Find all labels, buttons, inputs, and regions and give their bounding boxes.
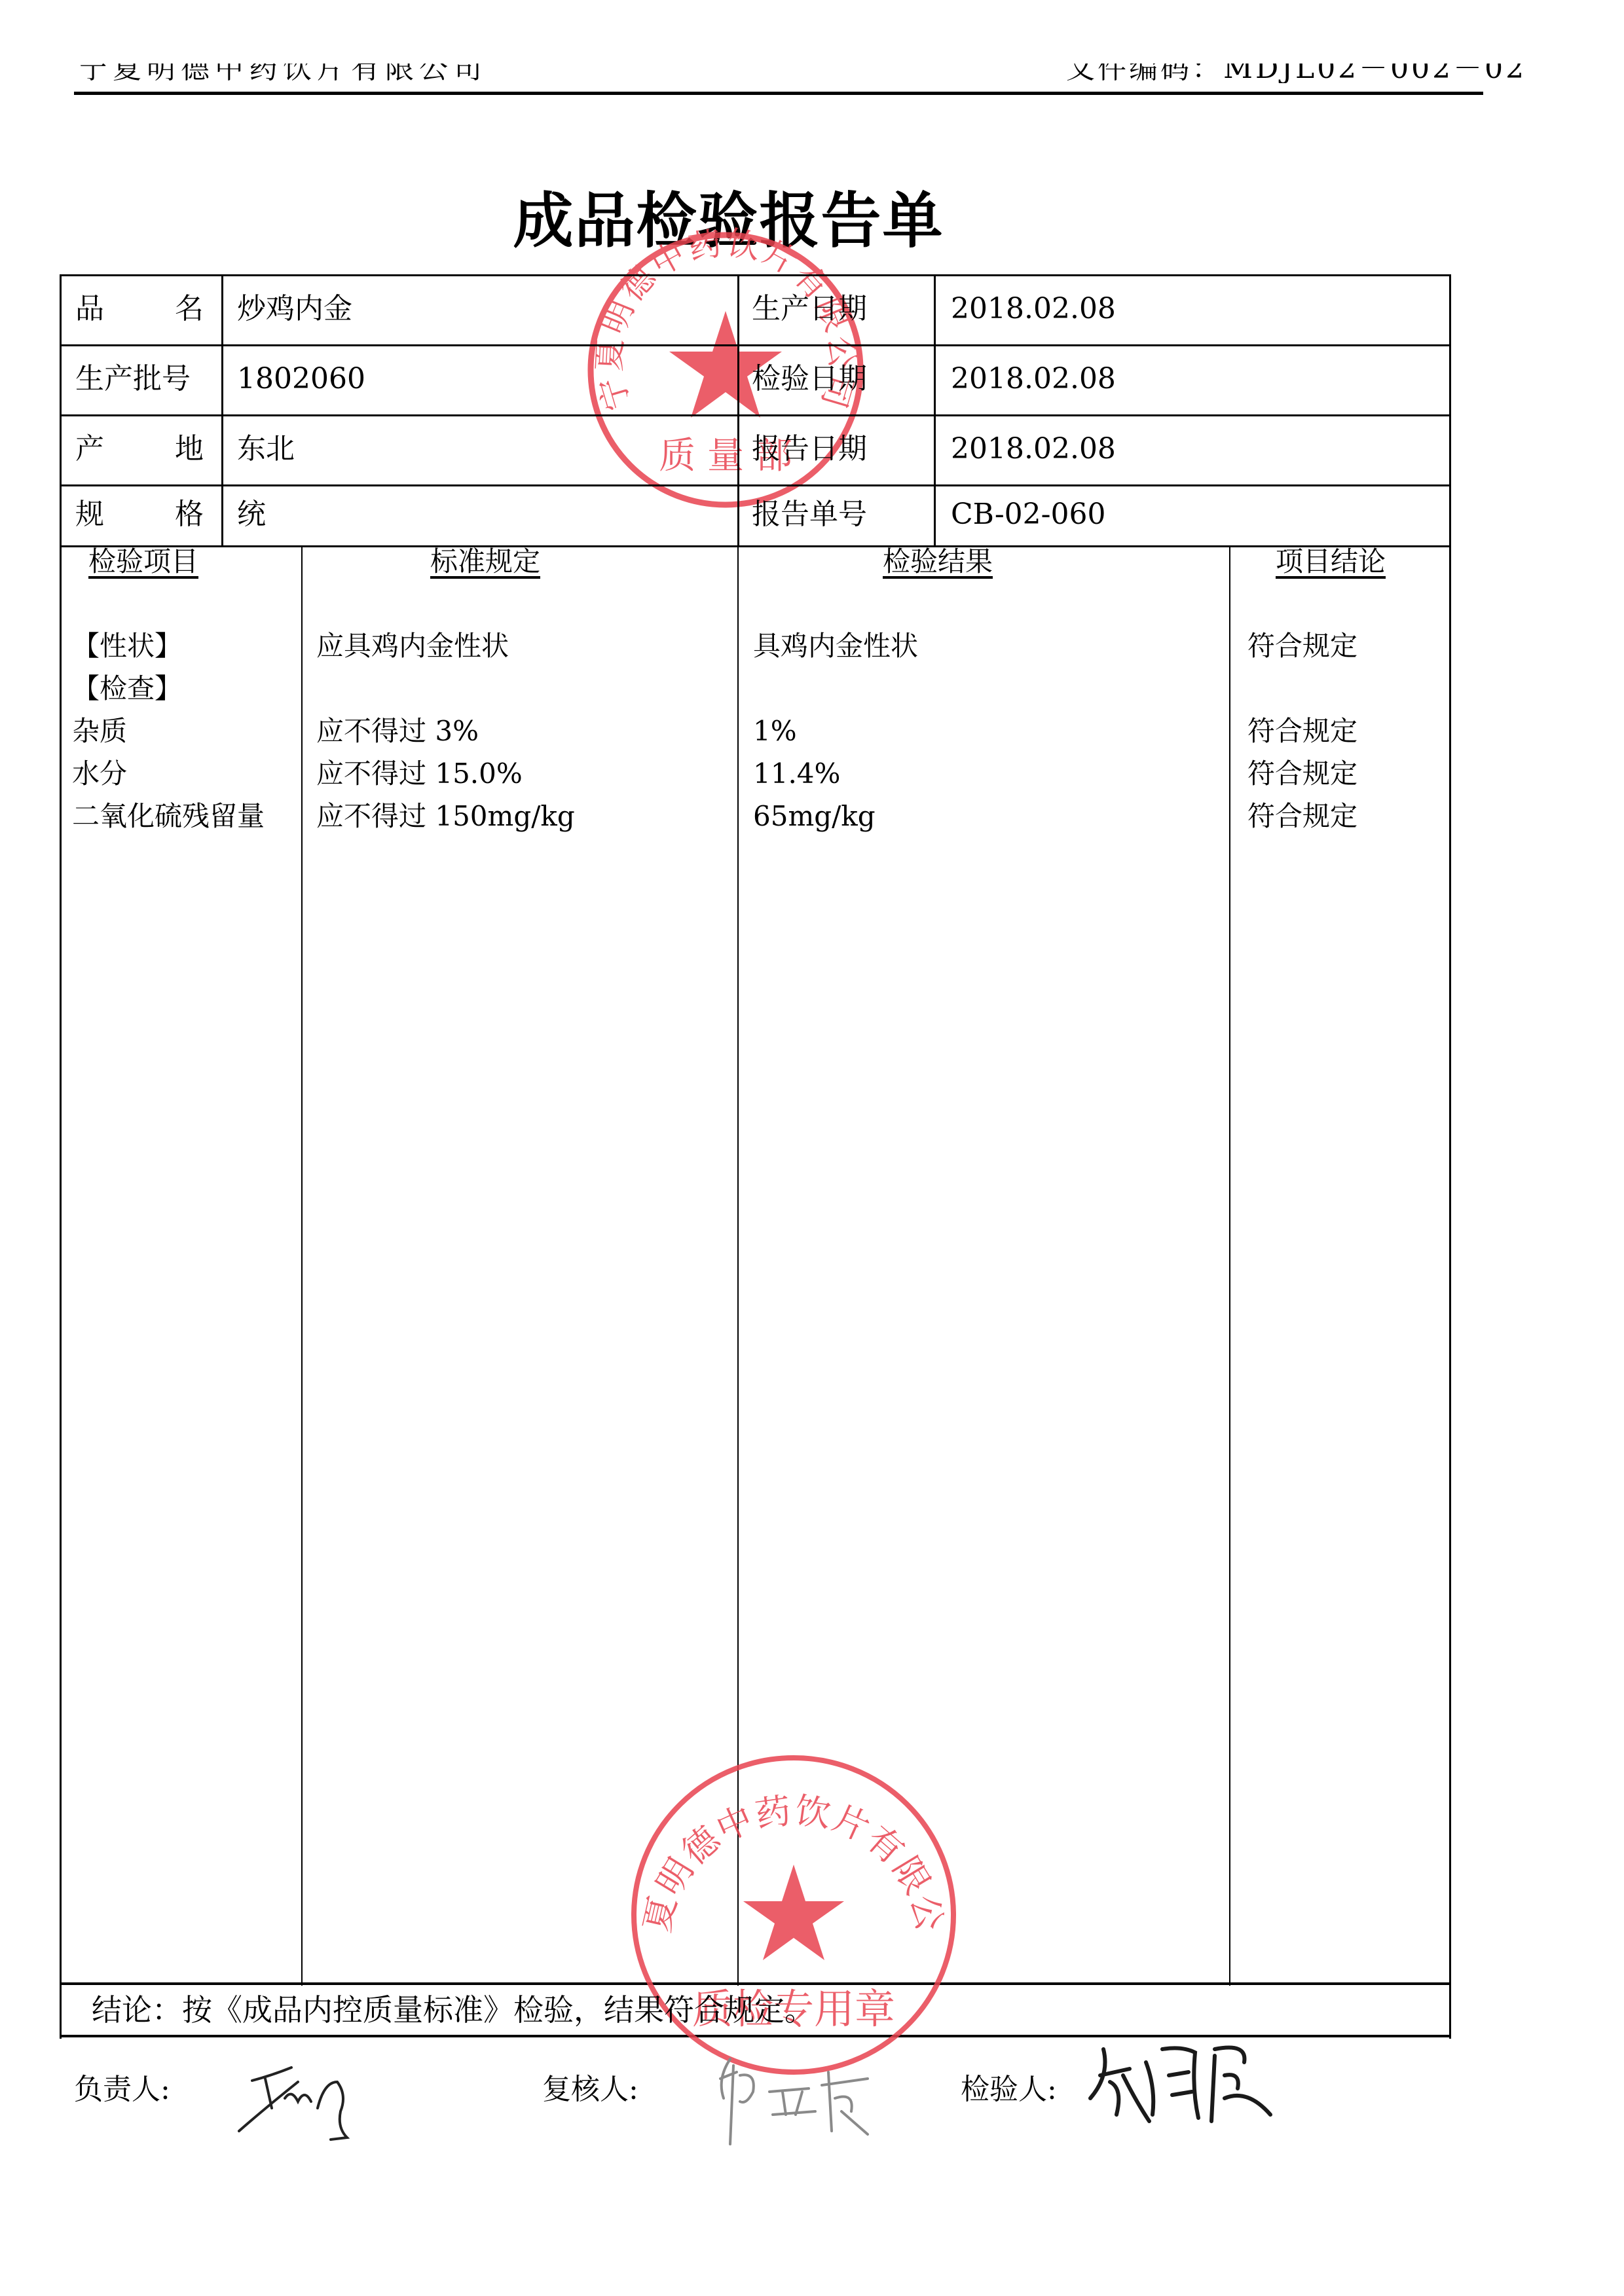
product-name-value: 炒鸡内金 [237,295,352,323]
test-conclusion: 符合规定 [1247,632,1357,661]
responsible-signature: 王兆明 [226,2062,370,2141]
page-title: 成品检验报告单 [0,182,1457,261]
company-name-header: 宁夏明德中药饮片有限公司 [79,64,487,83]
label-part: 产 [75,435,104,464]
stamp-bottom-outer-text: 宁夏明德中药饮片有限公司 [630,1755,951,1936]
spec-label: 规格 [75,500,204,529]
doc-code-label: 文件编码： [1066,64,1223,83]
col-header-standard: 标准规定 [430,547,540,576]
company-name-text: 宁夏明德中药饮片有限公司 [79,64,487,83]
overall-conclusion: 结论：按《成品内控质量标准》检验，结果符合规定。 [92,1995,815,2024]
doc-code-text: 文件编码：MDJL02－002－02 [1066,64,1526,83]
table-rule [737,545,739,1986]
table-rule [1229,545,1230,1986]
test-standard: 应具鸡内金性状 [316,632,509,661]
report-no-value: CB-02-060 [951,500,1106,529]
table-rule [221,274,223,547]
reviewer-label: 复核人: [542,2075,638,2104]
test-result: 65mg/kg [753,802,876,831]
doc-code-value: MDJL02－002－02 [1223,64,1526,83]
label-part: 格 [175,500,204,529]
star-icon [743,1865,844,1960]
label-part: 规 [75,500,104,529]
table-border [60,274,1451,276]
table-border [1449,274,1451,2039]
table-rule [934,274,936,547]
test-result: 1% [753,717,797,746]
label-part: 地 [175,435,204,464]
test-standard: 应不得过 3% [316,717,479,746]
label-part: 品 [75,295,104,323]
table-rule [60,545,1451,547]
label-part: 名 [175,295,204,323]
spec-value: 统 [237,500,266,529]
inspector-label: 检验人: [961,2075,1057,2104]
report-date-value: 2018.02.08 [951,435,1116,464]
production-date-label: 生产日期 [752,295,867,323]
production-date-value: 2018.02.08 [951,295,1116,323]
report-date-label: 报告日期 [752,435,867,464]
origin-value: 东北 [237,435,295,464]
test-conclusion: 符合规定 [1247,717,1357,746]
table-rule [301,545,303,1986]
batch-no-label: 生产批号 [75,365,191,393]
table-rule [737,274,739,547]
header-rule [74,92,1483,95]
test-item: 杂质 [72,717,127,746]
table-rule [60,484,1451,486]
report-no-label: 报告单号 [752,500,867,529]
doc-code-header: 文件编码：MDJL02－002－02 [1066,64,1526,83]
batch-no-value: 1802060 [237,365,365,393]
test-result: 具鸡内金性状 [753,632,918,661]
table-border [60,274,62,2039]
inspection-date-value: 2018.02.08 [951,365,1116,393]
test-result: 11.4% [753,759,840,788]
table-rule [60,414,1451,416]
svg-text:宁夏明德中药饮片有限公司: 宁夏明德中药饮片有限公司 [630,1755,951,1936]
test-item: 水分 [72,759,127,788]
test-item: 【检查】 [72,674,182,703]
test-standard: 应不得过 150mg/kg [316,802,575,831]
inspector-signature: 戴国霞 [1084,2036,1280,2134]
test-item: 二氧化硫残留量 [72,802,265,831]
product-name-label: 品名 [75,295,204,323]
test-standard: 应不得过 15.0% [316,759,523,788]
col-header-conclusion: 项目结论 [1276,547,1386,576]
test-item: 【性状】 [72,632,182,661]
col-header-result: 检验结果 [883,547,993,576]
table-rule [60,1982,1451,1985]
test-conclusion: 符合规定 [1247,759,1357,788]
col-header-item: 检验项目 [88,547,198,576]
test-conclusion: 符合规定 [1247,802,1357,831]
origin-label: 产地 [75,435,204,464]
reviewer-signature: 祁亚荣 [710,2052,881,2151]
table-rule [60,344,1451,346]
inspection-date-label: 检验日期 [752,365,867,393]
responsible-label: 负责人: [74,2075,170,2104]
